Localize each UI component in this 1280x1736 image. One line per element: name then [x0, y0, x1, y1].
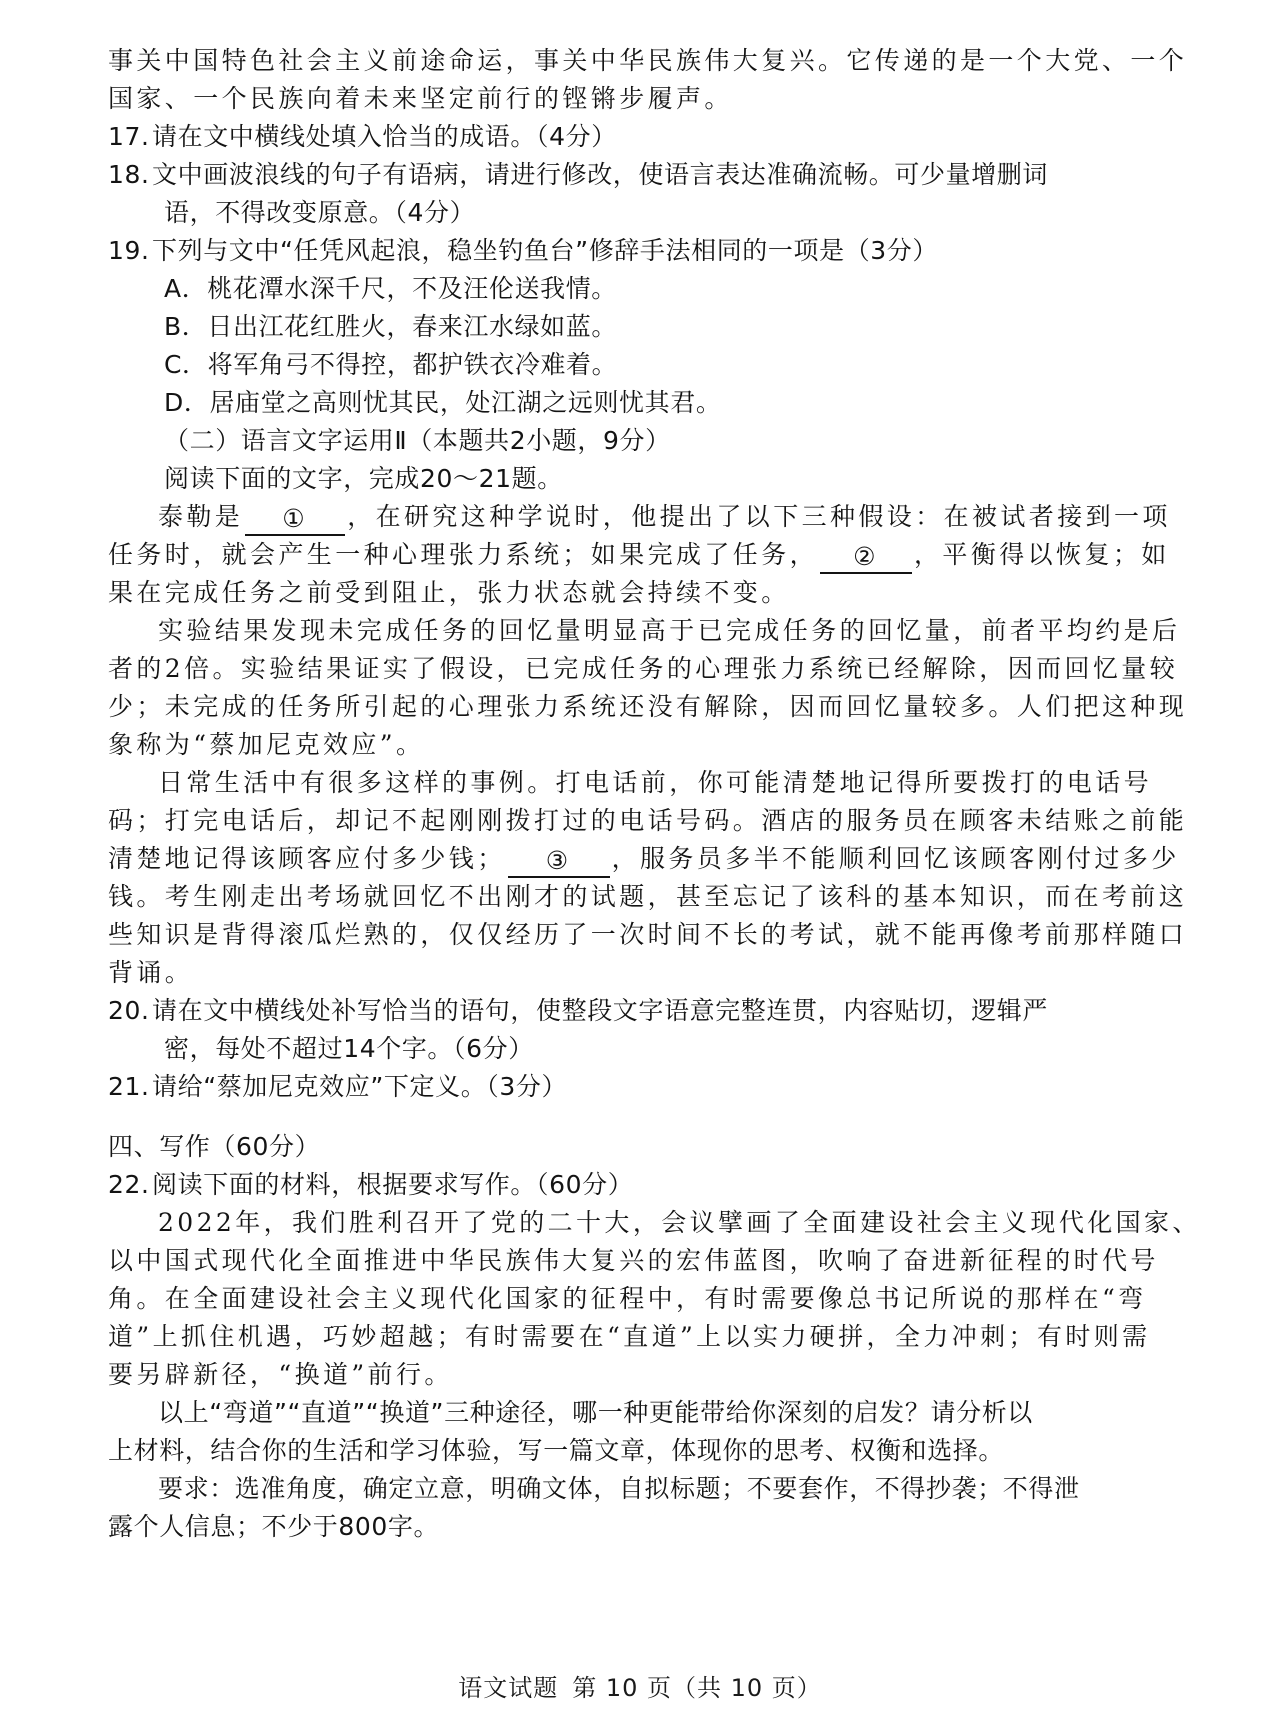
- section-instruction: 阅读下面的文字，完成20～21题。: [108, 460, 1160, 498]
- question-text-continued: 语，不得改变原意。（4分）: [108, 194, 1160, 232]
- paragraph-line: 背诵。: [108, 954, 1160, 992]
- prompt-line: 以上“弯道”“直道”“换道”三种途径，哪一种更能带给你深刻的启发？请分析以: [108, 1394, 1160, 1432]
- question-number: 18.: [108, 156, 152, 194]
- section-writing: 四、写作（60分） 22.阅读下面的材料，根据要求写作。（60分） 2022年，…: [108, 1128, 1160, 1546]
- writing-material: 2022年，我们胜利召开了党的二十大，会议擘画了全面建设社会主义现代化国家、 以…: [108, 1204, 1160, 1394]
- exam-page: 事关中国特色社会主义前途命运，事关中华民族伟大复兴。它传递的是一个大党、一个 国…: [108, 42, 1160, 1546]
- question-number: 22.: [108, 1166, 152, 1204]
- section-gap: [108, 1106, 1160, 1128]
- fill-blank-2: ②: [820, 544, 912, 574]
- passage-line: 国家、一个民族向着未来坚定前行的铿锵步履声。: [108, 80, 1160, 118]
- paragraph-line: 少；未完成的任务所引起的心理张力系统还没有解除，因而回忆量较多。人们把这种现: [108, 688, 1160, 726]
- question-text: 下列与文中“任凭风起浪，稳坐钓鱼台”修辞手法相同的一项是（3分）: [152, 236, 938, 265]
- text-segment: 果在完成任务之前受到阻止，张力状态就会持续不变。: [108, 574, 1160, 612]
- question-text: 阅读下面的材料，根据要求写作。（60分）: [152, 1170, 633, 1199]
- question-text: 请给“蔡加尼克效应”下定义。（3分）: [152, 1072, 567, 1101]
- paragraph-line: 码；打完电话后，却记不起刚刚拨打过的电话号码。酒店的服务员在顾客未结账之前能: [108, 802, 1160, 840]
- requirements-line: 要求：选准角度，确定立意，明确文体，自拟标题；不要套作，不得抄袭；不得泄: [108, 1470, 1160, 1508]
- option-d: D．居庙堂之高则忧其民，处江湖之远则忧其君。: [108, 384, 1160, 422]
- reading-paragraph-1: 泰勒是①，在研究这种学说时，他提出了以下三种假设：在被试者接到一项 任务时，就会…: [108, 498, 1160, 612]
- text-segment: 任务时，就会产生一种心理张力系统；如果完成了任务，: [108, 540, 818, 569]
- paragraph-line: 钱。考生刚走出考场就回忆不出刚才的试题，甚至忘记了该科的基本知识，而在考前这: [108, 878, 1160, 916]
- writing-prompt: 以上“弯道”“直道”“换道”三种途径，哪一种更能带给你深刻的启发？请分析以 上材…: [108, 1394, 1160, 1470]
- paragraph-line: 象称为“蔡加尼克效应”。: [108, 726, 1160, 764]
- question-number: 20.: [108, 992, 152, 1030]
- page-footer: 语文试题第 10 页（共 10 页）: [0, 1668, 1280, 1703]
- material-line: 以中国式现代化全面推进中华民族伟大复兴的宏伟蓝图，吹响了奋进新征程的时代号: [108, 1242, 1160, 1280]
- fill-blank-1: ①: [245, 506, 345, 536]
- text-segment: ，服务员多半不能顺利回忆该顾客刚付过多少: [612, 844, 1180, 873]
- text-segment: ，平衡得以恢复；如: [914, 540, 1170, 569]
- requirements-line: 露个人信息；不少于800字。: [108, 1508, 1160, 1546]
- option-b: B．日出江花红胜火，春来江水绿如蓝。: [108, 308, 1160, 346]
- question-text: 文中画波浪线的句子有语病，请进行修改，使语言表达准确流畅。可少量增删词: [152, 160, 1048, 189]
- material-line: 道”上抓住机遇，巧妙超越；有时需要在“直道”上以实力硬拼，全力冲刺；有时则需: [108, 1318, 1160, 1356]
- question-20: 20.请在文中横线处补写恰当的语句，使整段文字语意完整连贯，内容贴切，逻辑严 密…: [108, 992, 1160, 1068]
- section-heading: 四、写作（60分）: [108, 1128, 1160, 1166]
- question-19: 19.下列与文中“任凭风起浪，稳坐钓鱼台”修辞手法相同的一项是（3分） A．桃花…: [108, 232, 1160, 422]
- passage-continuation: 事关中国特色社会主义前途命运，事关中华民族伟大复兴。它传递的是一个大党、一个 国…: [108, 42, 1160, 118]
- paragraph-line: 日常生活中有很多这样的事例。打电话前，你可能清楚地记得所要拨打的电话号: [108, 764, 1160, 802]
- material-line: 要另辟新径，“换道”前行。: [108, 1356, 1160, 1394]
- footer-page-number: 第 10 页（共 10 页）: [572, 1674, 822, 1702]
- reading-paragraph-3: 日常生活中有很多这样的事例。打电话前，你可能清楚地记得所要拨打的电话号 码；打完…: [108, 764, 1160, 992]
- paragraph-line: 实验结果发现未完成任务的回忆量明显高于已完成任务的回忆量，前者平均约是后: [108, 612, 1160, 650]
- material-line: 2022年，我们胜利召开了党的二十大，会议擘画了全面建设社会主义现代化国家、: [108, 1204, 1160, 1242]
- section-heading: （二）语言文字运用Ⅱ（本题共2小题，9分）: [108, 422, 1160, 460]
- material-line: 角。在全面建设社会主义现代化国家的征程中，有时需要像总书记所说的那样在“弯: [108, 1280, 1160, 1318]
- question-number: 19.: [108, 232, 152, 270]
- text-segment: 清楚地记得该顾客应付多少钱；: [108, 844, 506, 873]
- question-text: 请在文中横线处填入恰当的成语。（4分）: [152, 122, 617, 151]
- question-21: 21.请给“蔡加尼克效应”下定义。（3分）: [108, 1068, 1160, 1106]
- question-number: 17.: [108, 118, 152, 156]
- question-number: 21.: [108, 1068, 152, 1106]
- footer-subject: 语文试题: [458, 1674, 558, 1702]
- prompt-line: 上材料，结合你的生活和学习体验，写一篇文章，体现你的思考、权衡和选择。: [108, 1432, 1160, 1470]
- text-segment: ，在研究这种学说时，他提出了以下三种假设：在被试者接到一项: [347, 502, 1171, 531]
- fill-blank-3: ③: [508, 848, 610, 878]
- question-17: 17.请在文中横线处填入恰当的成语。（4分）: [108, 118, 1160, 156]
- writing-requirements: 要求：选准角度，确定立意，明确文体，自拟标题；不要套作，不得抄袭；不得泄 露个人…: [108, 1470, 1160, 1546]
- question-18: 18.文中画波浪线的句子有语病，请进行修改，使语言表达准确流畅。可少量增删词 语…: [108, 156, 1160, 232]
- question-text: 请在文中横线处补写恰当的语句，使整段文字语意完整连贯，内容贴切，逻辑严: [152, 996, 1048, 1025]
- section-language-use-2: （二）语言文字运用Ⅱ（本题共2小题，9分） 阅读下面的文字，完成20～21题。 …: [108, 422, 1160, 992]
- question-text-continued: 密，每处不超过14个字。（6分）: [108, 1030, 1160, 1068]
- paragraph-line: 者的2倍。实验结果证实了假设，已完成任务的心理张力系统已经解除，因而回忆量较: [108, 650, 1160, 688]
- paragraph-line: 些知识是背得滚瓜烂熟的，仅仅经历了一次时间不长的考试，就不能再像考前那样随口: [108, 916, 1160, 954]
- option-a: A．桃花潭水深千尺，不及汪伦送我情。: [108, 270, 1160, 308]
- reading-paragraph-2: 实验结果发现未完成任务的回忆量明显高于已完成任务的回忆量，前者平均约是后 者的2…: [108, 612, 1160, 764]
- passage-line: 事关中国特色社会主义前途命运，事关中华民族伟大复兴。它传递的是一个大党、一个: [108, 42, 1160, 80]
- text-segment: 泰勒是: [158, 502, 243, 531]
- option-c: C．将军角弓不得控，都护铁衣冷难着。: [108, 346, 1160, 384]
